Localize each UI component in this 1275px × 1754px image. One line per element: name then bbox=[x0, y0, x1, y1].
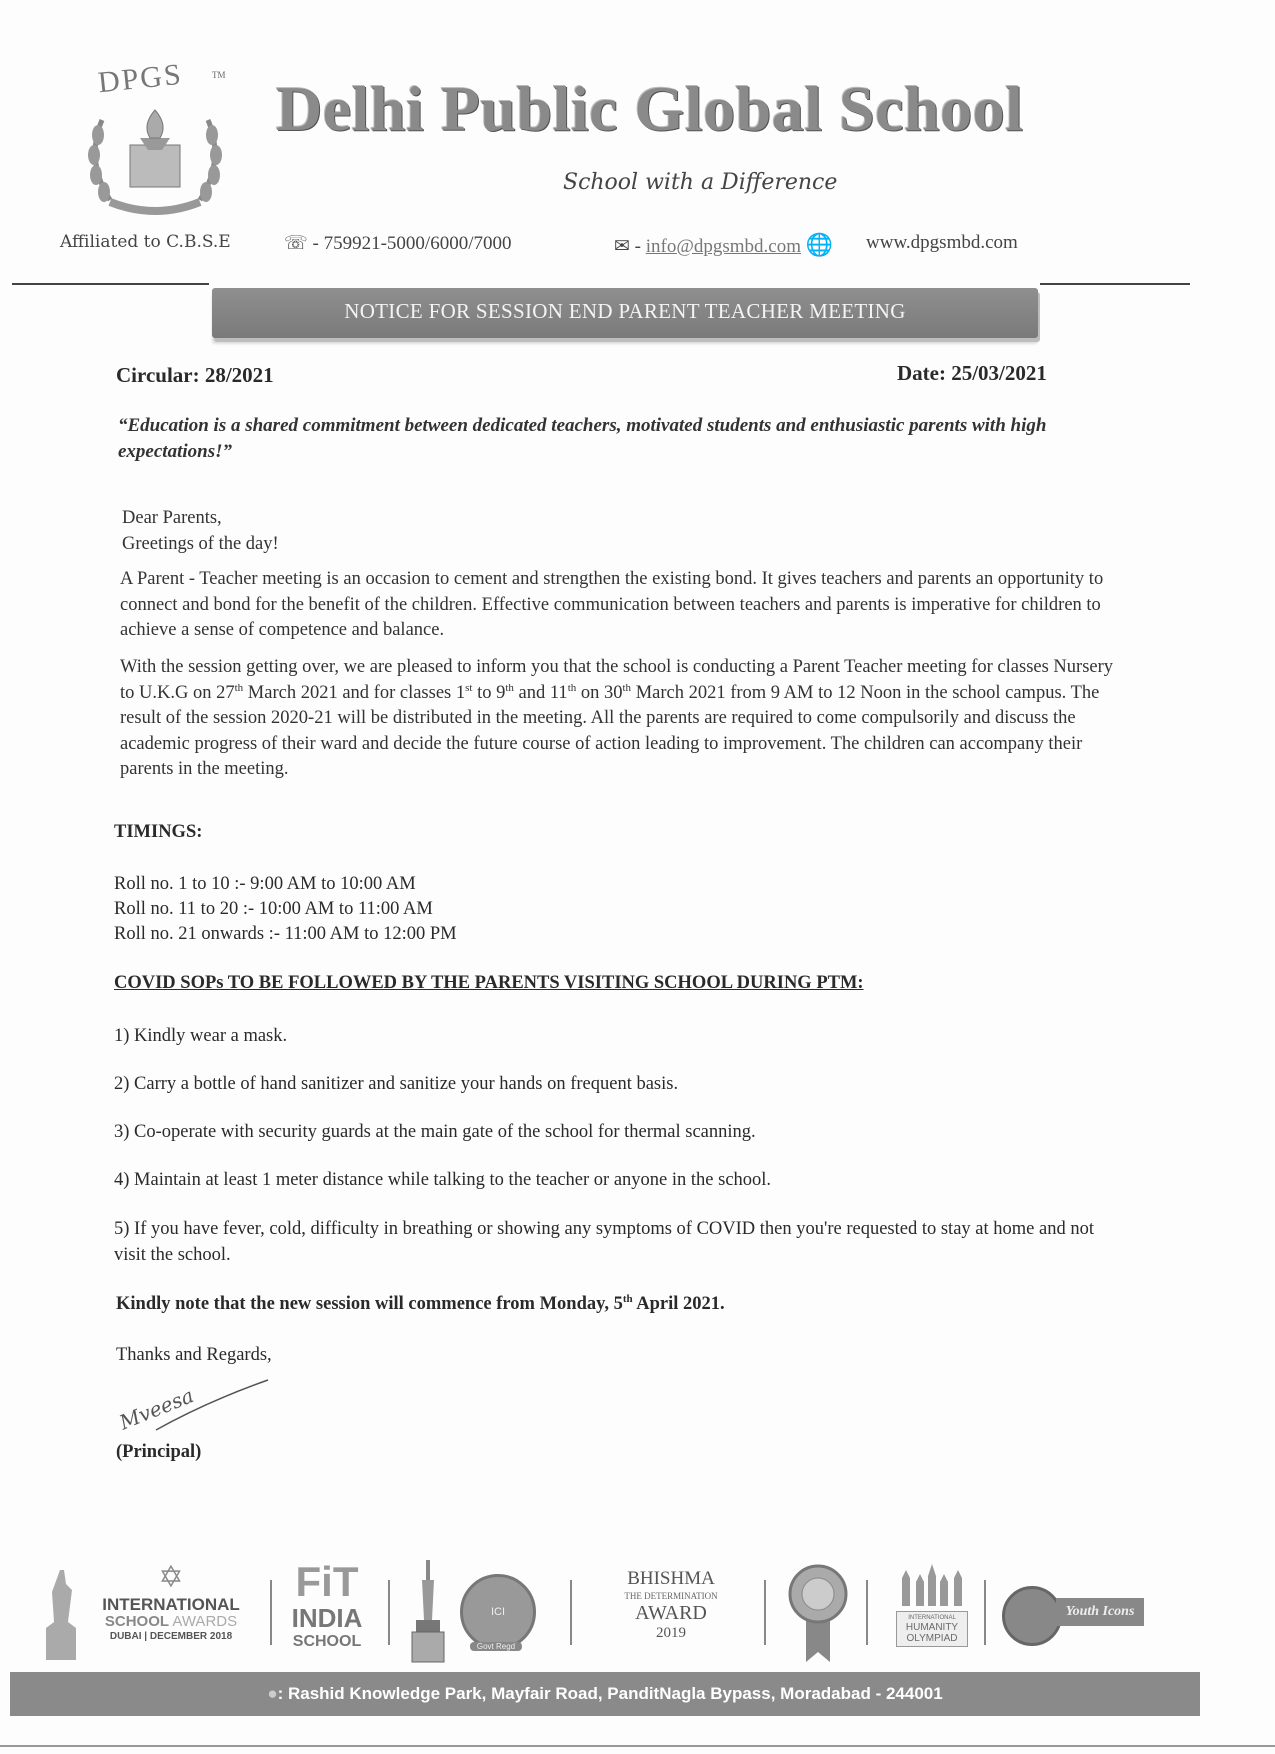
phone-info: ☏ - 759921-5000/6000/7000 bbox=[284, 232, 511, 255]
email-link[interactable]: info@dpgsmbd.com bbox=[646, 236, 801, 257]
circular-number: Circular: 28/2021 bbox=[116, 363, 274, 388]
phone-number: - 759921-5000/6000/7000 bbox=[313, 233, 512, 254]
sop-item: 4) Maintain at least 1 meter distance wh… bbox=[114, 1167, 1114, 1193]
header-divider-right bbox=[1040, 283, 1190, 285]
covid-sop-heading: COVID SOPs TO BE FOLLOWED BY THE PARENTS… bbox=[114, 973, 864, 994]
timings-list: Roll no. 1 to 10 :- 9:00 AM to 10:00 AM … bbox=[114, 872, 457, 947]
location-pin-icon: ● bbox=[267, 1684, 277, 1703]
fist-icon bbox=[1002, 1586, 1062, 1646]
timings-heading: TIMINGS: bbox=[114, 822, 202, 843]
trophy-icon bbox=[42, 1570, 82, 1660]
school-name: Delhi Public Global School bbox=[276, 72, 1023, 146]
email-prefix: - bbox=[635, 236, 646, 257]
header-divider-left bbox=[12, 283, 209, 285]
castle-icon bbox=[896, 1564, 968, 1606]
session-commence-note: Kindly note that the new session will co… bbox=[116, 1294, 725, 1315]
page-bottom-rule bbox=[0, 1745, 1275, 1747]
logo-trademark: TM bbox=[212, 70, 226, 80]
footer-address-bar: ●: Rashid Knowledge Park, Mayfair Road, … bbox=[10, 1672, 1200, 1716]
international-school-awards-logo: ✡ INTERNATIONAL SCHOOL AWARDS DUBAI | DE… bbox=[96, 1560, 246, 1670]
sop-item: 2) Carry a bottle of hand sanitizer and … bbox=[114, 1071, 1114, 1097]
svg-text:Mveesa: Mveesa bbox=[116, 1383, 197, 1432]
bhishma-award-logo: BHISHMA THE DETERMINATION AWARD 2019 bbox=[596, 1568, 746, 1668]
humanity-olympiad-logo: INTERNATIONAL HUMANITY OLYMPIAD bbox=[896, 1564, 968, 1664]
phone-icon: ☏ bbox=[284, 233, 308, 254]
notice-title-banner: NOTICE FOR SESSION END PARENT TEACHER ME… bbox=[212, 288, 1038, 338]
sop-item: 5) If you have fever, cold, difficulty i… bbox=[114, 1216, 1114, 1268]
awards-strip: ✡ INTERNATIONAL SCHOOL AWARDS DUBAI | DE… bbox=[36, 1560, 1186, 1670]
timing-row: Roll no. 11 to 20 :- 10:00 AM to 11:00 A… bbox=[114, 897, 457, 922]
principal-signature: Mveesa bbox=[116, 1372, 276, 1432]
school-logo: DPGS TM bbox=[80, 60, 230, 220]
website-link[interactable]: www.dpgsmbd.com bbox=[866, 232, 1018, 254]
medal-ribbon-icon bbox=[788, 1564, 848, 1664]
timing-row: Roll no. 1 to 10 :- 9:00 AM to 10:00 AM bbox=[114, 872, 457, 897]
school-tagline: School with a Difference bbox=[563, 170, 837, 195]
govt-regd-seal: ICI Govt Regd bbox=[460, 1574, 532, 1660]
email-info: ✉ - info@dpgsmbd.com 🌐 bbox=[614, 232, 833, 258]
paragraph-intro: A Parent - Teacher meeting is an occasio… bbox=[120, 567, 1120, 644]
sop-item: 1) Kindly wear a mask. bbox=[114, 1023, 1114, 1049]
notice-date: Date: 25/03/2021 bbox=[897, 361, 1047, 386]
hexagon-star-icon: ✡ bbox=[96, 1560, 246, 1596]
paragraph-meeting-details: With the session getting over, we are pl… bbox=[120, 655, 1120, 783]
regards: Thanks and Regards, bbox=[116, 1345, 272, 1366]
youth-icons-logo: Youth Icons bbox=[1002, 1586, 1152, 1646]
fit-india-school-logo: FiT INDIA SCHOOL bbox=[282, 1560, 372, 1670]
mail-icon: ✉ bbox=[614, 236, 630, 257]
salutation: Dear Parents, bbox=[122, 506, 1122, 532]
quote: “Education is a shared commitment betwee… bbox=[118, 413, 1118, 465]
address: : Rashid Knowledge Park, Mayfair Road, P… bbox=[278, 1684, 943, 1703]
trophy-award-icon bbox=[408, 1560, 448, 1665]
principal-designation: (Principal) bbox=[116, 1442, 201, 1463]
affiliation: Affiliated to C.B.S.E bbox=[60, 232, 231, 252]
timing-row: Roll no. 21 onwards :- 11:00 AM to 12:00… bbox=[114, 922, 457, 947]
greeting: Greetings of the day! bbox=[122, 532, 1122, 558]
sop-item: 3) Co-operate with security guards at th… bbox=[114, 1119, 1114, 1145]
salutation-block: Dear Parents, Greetings of the day! bbox=[122, 506, 1122, 557]
globe-icon: 🌐 bbox=[806, 232, 833, 257]
